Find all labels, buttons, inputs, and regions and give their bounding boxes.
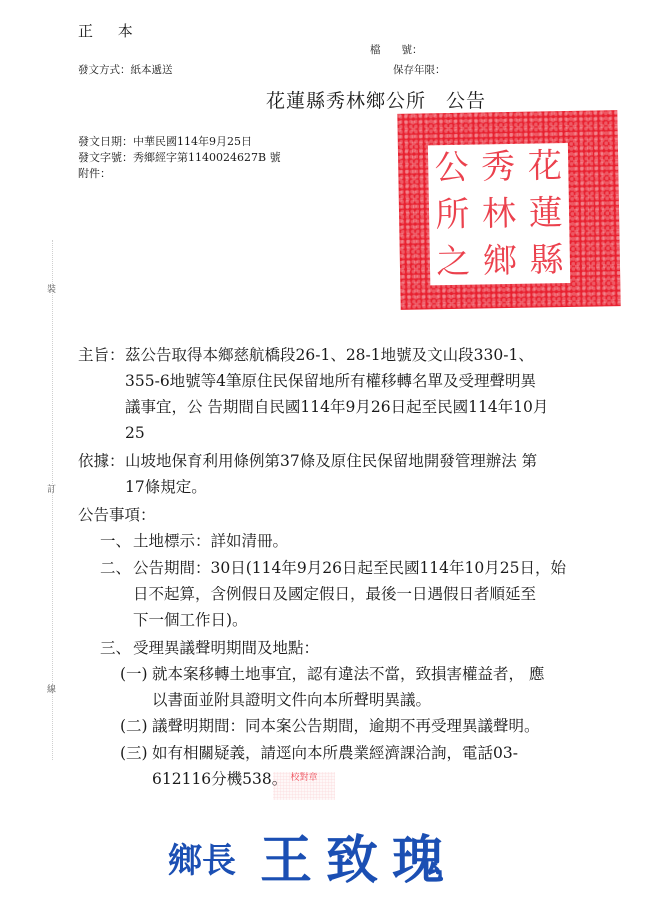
official-seal: 公 秀 花 所 林 蓮 之 鄉 縣: [397, 110, 620, 310]
subitem-line: 612116分機538。: [152, 767, 287, 793]
basis-line: 17條規定。: [125, 475, 207, 501]
attachment-label: 附件：: [78, 166, 111, 182]
item-number: 三、: [100, 636, 131, 662]
seal-glyph: 鄉: [483, 244, 518, 279]
seal-glyph: 之: [436, 244, 471, 279]
subitem-number: (一): [120, 662, 148, 688]
subitem-number: (三): [120, 741, 148, 767]
retention-period-label: 保存年限：: [393, 62, 446, 77]
seal-glyph: 秀: [481, 150, 516, 185]
copy-mark: 正 本: [78, 20, 143, 41]
binding-mark: 線: [47, 682, 56, 695]
subitem-line: 如有相關疑義，請逕向本所農業經濟課洽詢，電話03-: [152, 741, 518, 767]
issue-date: 發文日期：中華民國114年9月25日: [78, 134, 252, 150]
item-line: 土地標示：詳如清冊。: [133, 529, 288, 555]
seal-glyph: 所: [435, 198, 470, 233]
subject-line: 355-6地號等4筆原住民保留地所有權移轉名單及受理聲明異: [125, 369, 536, 395]
item-line: 受理異議聲明期間及地點：: [133, 636, 319, 662]
item-line: 下一個工作日)。: [133, 608, 248, 634]
seal-glyph: 公: [434, 151, 469, 186]
signature-title: 鄉長: [168, 841, 236, 881]
file-number-label: 檔 號：: [370, 42, 423, 57]
items-heading: 公告事項：: [78, 503, 156, 529]
subject-label: 主旨：: [78, 343, 125, 369]
seal-glyph: 林: [482, 197, 517, 232]
seal-glyph: 縣: [529, 243, 564, 278]
subject-line: 25: [125, 421, 145, 447]
seal-inner: 公 秀 花 所 林 蓮 之 鄉 縣: [428, 143, 570, 285]
document-number: 發文字號：秀鄉經字第1140024627B 號: [78, 150, 281, 166]
document-title: 花蓮縣秀林鄉公所 公告: [0, 86, 672, 113]
signature-name: 王致瑰: [260, 830, 458, 891]
item-number: 二、: [100, 556, 131, 582]
send-method: 發文方式：紙本遞送: [78, 62, 173, 77]
basis-label: 依據：: [78, 449, 125, 475]
seal-glyph: 花: [528, 149, 563, 184]
binding-mark: 訂: [47, 482, 56, 495]
subject-line: 議事宜，公 告期間自民國114年9月26日起至民國114年10月: [125, 395, 548, 421]
basis-line: 山坡地保育利用條例第37條及原住民保留地開發管理辦法 第: [125, 449, 537, 475]
proofread-stamp: 校對章: [273, 772, 335, 800]
subitem-line: 議聲明期間：同本案公告期間，逾期不再受理異議聲明。: [152, 714, 540, 740]
seal-glyph: 蓮: [528, 196, 563, 231]
subject-line: 茲公告取得本鄉慈航橋段26-1、28-1地號及文山段330-1、: [125, 343, 534, 369]
item-line: 日不起算，含例假日及國定假日，最後一日遇假日者順延至: [133, 582, 536, 608]
signature: 鄉長王致瑰: [168, 818, 458, 893]
subitem-line: 以書面並附具證明文件向本所聲明異議。: [152, 688, 431, 714]
item-line: 公告期間：30日(114年9月26日起至民國114年10月25日，始: [133, 556, 566, 582]
binding-mark: 裝: [47, 282, 56, 295]
subitem-line: 就本案移轉土地事宜，認有違法不當，致損害權益者， 應: [152, 662, 544, 688]
subitem-number: (二): [120, 714, 148, 740]
item-number: 一、: [100, 529, 131, 555]
